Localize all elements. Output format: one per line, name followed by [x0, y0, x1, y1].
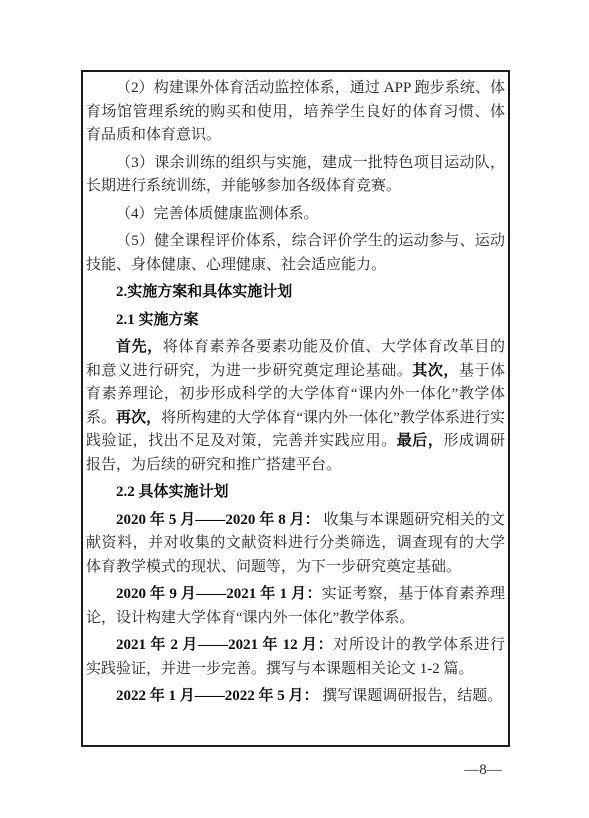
bold-text-segment: 2.实施方案和具体实施计划 — [116, 284, 292, 300]
bold-text-segment: 2020 年 5 月——2020 年 8 月： — [116, 512, 320, 528]
bold-text-segment: 最后， — [397, 433, 444, 449]
bold-text-segment: 2.1 实施方案 — [116, 312, 199, 328]
text-segment: （5）健全课程评价体系，综合评价学生的运动参与、运动技能、身体健康、心理健康、社… — [86, 233, 505, 273]
text-segment: 撰写课题调研报告，结题。 — [319, 688, 503, 704]
item-4-health-monitoring: （4）完善体质健康监测体系。 — [86, 203, 505, 227]
plan-overview: 首先，将体育素养各要素功能及价值、大学体育改革目的和意义进行研究，为进一步研究奠… — [86, 336, 505, 477]
item-5-course-evaluation: （5）健全课程评价体系，综合评价学生的运动参与、运动技能、身体健康、心理健康、社… — [86, 230, 505, 277]
item-3-after-class-training: （3）课余训练的组织与实施，建成一批特色项目运动队，长期进行系统训练，并能够参加… — [86, 152, 505, 199]
bold-text-segment: 2020 年 9 月——2021 年 1 月： — [116, 586, 322, 602]
bold-text-segment: 首先， — [116, 339, 163, 355]
bold-text-segment: 其次， — [412, 363, 459, 379]
phase-2021-02-to-2021-12: 2021 年 2 月——2021 年 12 月：对所设计的教学体系进行实践验证，… — [86, 634, 505, 681]
item-2-extracurricular-monitoring: （2）构建课外体育活动监控体系，通过 APP 跑步系统、体育场馆管理系统的购买和… — [86, 77, 505, 148]
bold-text-segment: 再次， — [116, 410, 161, 426]
text-segment: （3）课余训练的组织与实施，建成一批特色项目运动队，长期进行系统训练，并能够参加… — [86, 155, 505, 195]
phase-2022-01-to-2022-05: 2022 年 1 月——2022 年 5 月： 撰写课题调研报告，结题。 — [86, 685, 505, 709]
page-number: —8— — [452, 762, 514, 779]
content-border-box: （2）构建课外体育活动监控体系，通过 APP 跑步系统、体育场馆管理系统的购买和… — [81, 70, 510, 747]
scanned-document-page: （2）构建课外体育活动监控体系，通过 APP 跑步系统、体育场馆管理系统的购买和… — [0, 0, 589, 818]
text-segment: （2）构建课外体育活动监控体系，通过 APP 跑步系统、体育场馆管理系统的购买和… — [86, 80, 505, 143]
bold-text-segment: 2021 年 2 月——2021 年 12 月： — [116, 637, 333, 653]
phase-2020-09-to-2021-01: 2020 年 9 月——2021 年 1 月：实证考察，基于体育素养理论，设计构… — [86, 583, 505, 630]
heading-2-2-schedule: 2.2 具体实施计划 — [86, 481, 505, 505]
text-segment: （4）完善体质健康监测体系。 — [116, 206, 319, 222]
bold-text-segment: 2.2 具体实施计划 — [116, 484, 229, 500]
heading-2-1-plan: 2.1 实施方案 — [86, 309, 505, 333]
heading-2-implementation: 2.实施方案和具体实施计划 — [86, 281, 505, 305]
bold-text-segment: 2022 年 1 月——2022 年 5 月： — [116, 688, 319, 704]
phase-2020-05-to-2020-08: 2020 年 5 月——2020 年 8 月： 收集与本课题研究相关的文献资料，… — [86, 509, 505, 580]
